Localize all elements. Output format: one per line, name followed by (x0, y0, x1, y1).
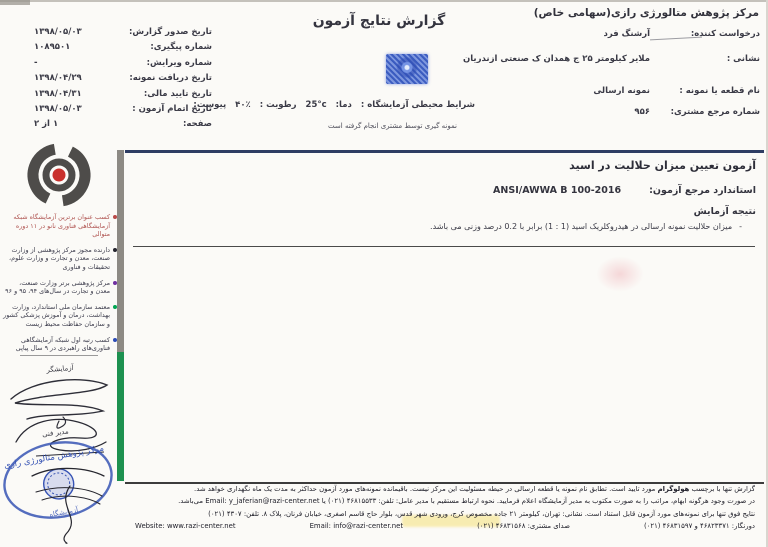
temperature-value: 25°c (306, 100, 327, 110)
meta-row: تاریخ صدور گزارش:۱۳۹۸/۰۵/۰۳ (34, 27, 212, 39)
customer-voice-number: صدای مشتری: ۴۶۸۳۱۵۶۸ (۰۲۱) (477, 520, 570, 532)
meta-value: - (34, 58, 38, 70)
meta-label: شماره پیگیری: (150, 42, 212, 54)
result-text: میزان حلالیت نمونه ارسالی در هیدروکلریک … (430, 222, 732, 231)
scan-edge-top (0, 0, 768, 2)
client-row: درخواست کننده:آرشنگ فرد (415, 29, 760, 40)
meta-label: شماره ویرایش: (147, 58, 212, 70)
list-item: کسب عنوان برترین آزمایشگاه شبکه آزمایشگا… (3, 213, 117, 239)
meta-value: ۱۰۸۹۵۰۱ (34, 42, 70, 54)
standard-row: استاندارد مرجع آزمون: ANSI/AWWA B 100-20… (493, 185, 756, 196)
result-dash: - (739, 222, 742, 231)
client-label: نام قطعه یا نمونه : (650, 86, 760, 97)
meta-row: شماره پیگیری:۱۰۸۹۵۰۱ (34, 42, 212, 54)
client-value: ملایر کیلومتر ۲۵ ج همدان ک صنعتی ازندریا… (459, 54, 650, 65)
standard-label: استاندارد مرجع آزمون: (649, 185, 756, 196)
footer-line-2: در صورت وجود هرگونه ابهام، مراتب را به ص… (135, 495, 755, 507)
temperature-label: دما: (336, 100, 352, 110)
fax-numbers: دورنگار: ۴۶۸۲۳۳۷۱ و ۴۶۸۳۱۵۹۷ (۰۲۱) (644, 520, 755, 532)
bullet-text: دارنده مجوز مرکز پژوهشی از وزارت صنعت، م… (3, 246, 110, 272)
humidity-label: رطوبت : (260, 100, 297, 110)
client-row: نام قطعه یا نمونه :نمونه ارسالی (415, 86, 760, 97)
sidebar-divider (20, 355, 98, 356)
footer-line1-post: مورد تایید است. تطابق نام نمونه یا قطعه … (194, 485, 655, 493)
env-label: شرایط محیطی آزمایشگاه : (361, 100, 475, 110)
meta-label: تاریخ صدور گزارش: (129, 27, 212, 39)
list-item: معتمد سازمان ملی استاندارد، وزارت بهداشت… (3, 303, 117, 329)
results-frame (125, 150, 764, 484)
report-meta-block: تاریخ صدور گزارش:۱۳۹۸/۰۵/۰۳ شماره پیگیری… (34, 27, 212, 135)
meta-value: ۱۳۹۸/۰۴/۲۹ (34, 73, 82, 85)
footer-notes: گزارش تنها با برچسب هولوگرام مورد تایید … (135, 483, 755, 533)
client-label: نشانی : (650, 54, 760, 65)
meta-row-page-number: صفحه:۱ از ۲ (34, 119, 212, 131)
humidity-value: ۴۰٪ (235, 100, 251, 110)
footer-line-4: دورنگار: ۴۶۸۲۳۳۷۱ و ۴۶۸۳۱۵۹۷ (۰۲۱) صدای … (135, 520, 755, 532)
bullet-text: معتمد سازمان ملی استاندارد، وزارت بهداشت… (3, 303, 110, 329)
footer-line1-pre: گزارش تنها با برچسب (692, 485, 756, 493)
email-address: Email: info@razi-center.net (310, 520, 404, 532)
meta-value: ۱۳۹۸/۰۵/۰۳ (34, 27, 82, 39)
footer-line-3: نتایج فوق تنها برای نمونه‌های مورد آزمون… (135, 508, 755, 520)
logo-red-dot (53, 169, 66, 182)
bullet-text: مرکز پژوهشی برتر وزارت صنعت، معدن و تجار… (3, 279, 110, 296)
sampling-note: نمونه گیری توسط مشتری انجام گرفته است (205, 122, 457, 130)
result-heading: نتیجه آزمایش (694, 206, 756, 217)
stamp-overlay-scribble (26, 462, 106, 544)
client-label: شماره مرجع مشتری: (650, 107, 760, 118)
company-name: مرکز پژوهش متالورژی رازی(سهامی خاص) (534, 7, 759, 19)
sidebar-accent-bar (117, 150, 124, 481)
list-item: کسب رتبه اول شبکه آزمایشگاهی فناوری‌های … (3, 336, 117, 353)
accreditation-list: کسب عنوان برترین آزمایشگاه شبکه آزمایشگا… (3, 213, 117, 360)
meta-value: ۱۳۹۸/۰۵/۰۳ (34, 104, 82, 116)
result-line: - میزان حلالیت نمونه ارسالی در هیدروکلری… (430, 222, 742, 231)
page-title: گزارش نتایج آزمون (289, 13, 469, 29)
page-number: ۱ از ۲ (34, 119, 58, 131)
list-item: مرکز پژوهشی برتر وزارت صنعت، معدن و تجار… (3, 279, 117, 296)
standard-value: ANSI/AWWA B 100-2016 (493, 185, 621, 196)
meta-label: تاریخ تایید مالی: (144, 89, 212, 101)
lab-environment-line: شرایط محیطی آزمایشگاه : دما: 25°c رطوبت … (183, 100, 475, 110)
client-value: ۹۵۶ (630, 107, 650, 118)
scan-smudge (596, 256, 644, 292)
meta-row: شماره ویرایش:- (34, 58, 212, 70)
bullet-dot-icon (113, 248, 117, 252)
result-divider (133, 246, 755, 247)
meta-label: تاریخ دریافت نمونه: (129, 73, 212, 85)
bullet-dot-icon (113, 281, 117, 285)
document-page: مرکز پژوهش متالورژی رازی(سهامی خاص) گزار… (0, 0, 768, 547)
client-row: نشانی :ملایر کیلومتر ۲۵ ج همدان ک صنعتی … (415, 54, 760, 65)
meta-row: تاریخ تایید مالی:۱۳۹۸/۰۴/۳۱ (34, 89, 212, 101)
website-address: Website: www.razi-center.net (135, 520, 236, 532)
attachment-label: پیوست: (193, 100, 226, 110)
bullet-text: کسب عنوان برترین آزمایشگاه شبکه آزمایشگا… (3, 213, 110, 239)
client-value: نمونه ارسالی (589, 86, 650, 97)
footer-line1-hologram: هولوگرام (658, 485, 690, 493)
scan-corner-mark (0, 0, 30, 5)
bullet-dot-icon (113, 215, 117, 219)
bullet-dot-icon (113, 305, 117, 309)
bullet-dot-icon (113, 338, 117, 342)
razi-center-logo (22, 141, 96, 211)
bullet-text: کسب رتبه اول شبکه آزمایشگاهی فناوری‌های … (3, 336, 110, 353)
hologram-sticker (386, 54, 428, 84)
footer-line-1: گزارش تنها با برچسب هولوگرام مورد تایید … (135, 483, 755, 495)
meta-value: ۱۳۹۸/۰۴/۳۱ (34, 89, 82, 101)
meta-row: تاریخ دریافت نمونه:۱۳۹۸/۰۴/۲۹ (34, 73, 212, 85)
list-item: دارنده مجوز مرکز پژوهشی از وزارت صنعت، م… (3, 246, 117, 272)
test-title: آزمون تعیین میزان حلالیت در اسید (569, 159, 756, 172)
client-value: آرشنگ فرد (599, 29, 650, 40)
